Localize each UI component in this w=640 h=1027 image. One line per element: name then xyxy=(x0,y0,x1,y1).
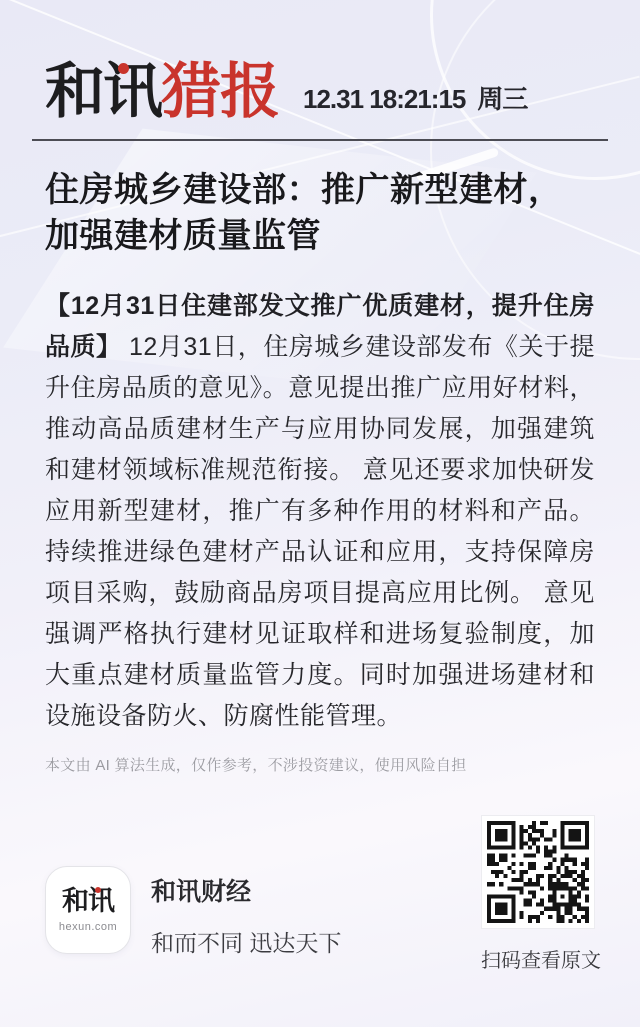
article-body-text: 12月31日，住房城乡建设部发布《关于提升住房品质的意见》。意见提出推广应用好材… xyxy=(45,333,595,730)
hexun-logo-red-dot-icon xyxy=(95,887,101,893)
header-divider xyxy=(32,139,608,141)
brand-logo-hexun-text: 和讯 xyxy=(45,58,161,125)
brand-logo-hexun: 和讯 xyxy=(45,62,161,122)
article-body: 【12月31日住建部发文推广优质建材，提升住房品质】 12月31日，住房城乡建设… xyxy=(45,286,595,737)
brand-red-dot-icon xyxy=(118,63,129,74)
account-name: 和讯财经 xyxy=(151,872,341,908)
footer: 和讯 hexun.com 和讯财经 和而不同 迅达天下 扫码查看原文 xyxy=(45,815,595,973)
qr-code xyxy=(481,815,595,929)
brand-logo-liebao: 猎报 xyxy=(161,62,279,122)
publisher-text: 和讯财经 和而不同 迅达天下 xyxy=(151,866,341,958)
ai-disclaimer: 本文由 AI 算法生成，仅作参考，不涉投资建议，使用风险自担 xyxy=(45,754,595,775)
article-title: 住房城乡建设部：推广新型建材，加强建材质量监管 xyxy=(45,167,595,259)
publisher-block: 和讯 hexun.com 和讯财经 和而不同 迅达天下 xyxy=(45,866,341,958)
publish-weekday: 周三 xyxy=(477,84,527,114)
publisher-slogan: 和而不同 迅达天下 xyxy=(151,925,341,958)
brand-logo: 和讯 猎报 xyxy=(45,62,279,122)
qr-code-image xyxy=(487,821,589,923)
hexun-logo-text: 和讯 xyxy=(62,886,114,916)
qr-block: 扫码查看原文 xyxy=(481,815,595,973)
publish-datetime: 12.31 18:21:15 xyxy=(303,84,465,114)
qr-caption: 扫码查看原文 xyxy=(481,944,595,973)
header: 和讯 猎报 12.31 18:21:15周三 xyxy=(45,62,595,122)
publish-timestamp: 12.31 18:21:15周三 xyxy=(303,79,527,116)
card-content: 和讯 猎报 12.31 18:21:15周三 住房城乡建设部：推广新型建材，加强… xyxy=(0,62,640,775)
hexun-logo-icon: 和讯 xyxy=(62,888,114,915)
hexun-domain: hexun.com xyxy=(59,921,117,933)
news-card: 和讯 猎报 12.31 18:21:15周三 住房城乡建设部：推广新型建材，加强… xyxy=(0,0,640,1027)
hexun-app-icon: 和讯 hexun.com xyxy=(45,866,131,954)
